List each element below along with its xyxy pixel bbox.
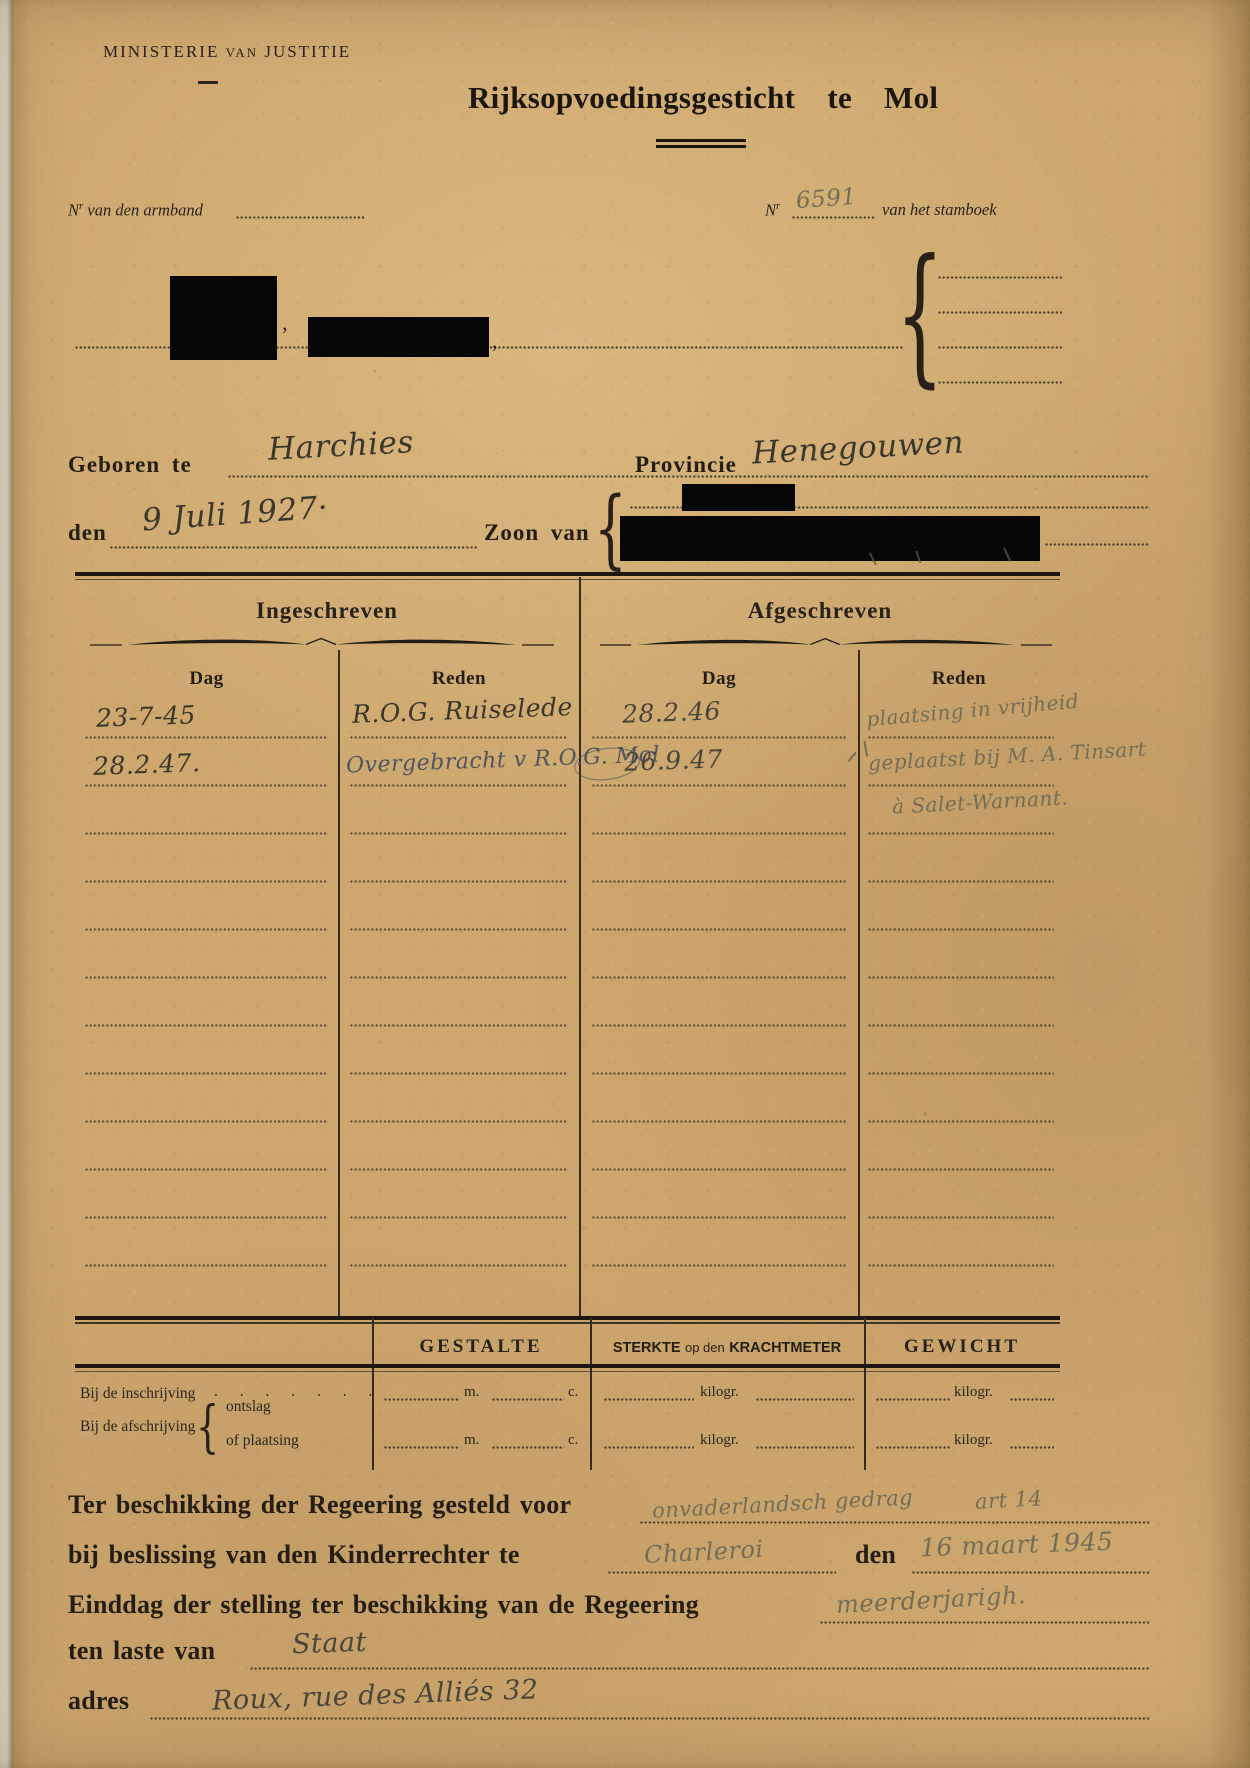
scanned-form-page: MINISTERIE VAN JUSTITIE Rijksopvoedingsg… [0, 0, 1250, 1768]
scan-vignette [0, 0, 1250, 1768]
